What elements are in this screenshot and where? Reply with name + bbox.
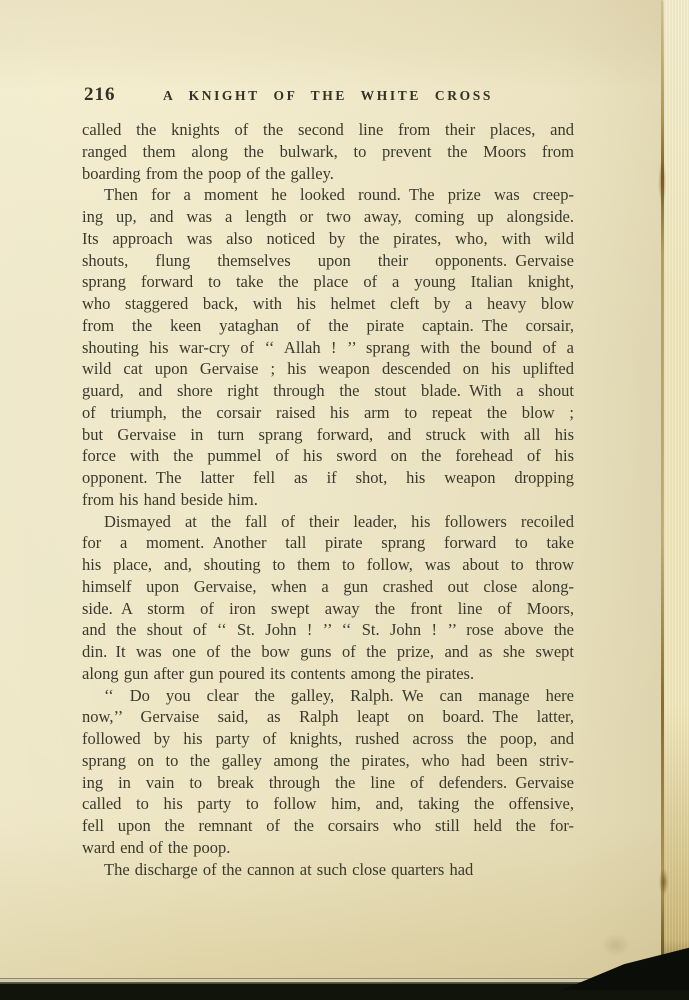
text-block: called the knights of the second line fr…	[82, 119, 574, 880]
text-line: side. A storm of iron swept away the fro…	[82, 598, 574, 620]
edge-stain-bottom	[656, 864, 670, 900]
text-line: shouting his war-cry of ‘‘ Allah ! ’’ sp…	[82, 337, 574, 359]
text-line: called to his party to follow him, and, …	[82, 793, 574, 815]
paragraph: The discharge of the cannon at such clos…	[82, 859, 574, 881]
paragraph: Then for a moment he looked round. The p…	[82, 184, 574, 510]
paragraph: called the knights of the second line fr…	[82, 119, 574, 184]
text-line: along gun after gun poured its contents …	[82, 663, 574, 685]
text-line: force with the pummel of his sword on th…	[82, 445, 574, 467]
text-line: shouts, flung themselves upon their oppo…	[82, 250, 574, 272]
page-header: 216 A KNIGHT OF THE WHITE CROSS	[82, 84, 574, 106]
text-line: din. It was one of the bow guns of the p…	[82, 641, 574, 663]
running-title: A KNIGHT OF THE WHITE CROSS	[82, 88, 574, 104]
text-line: guard, and shore right through the stout…	[82, 380, 574, 402]
paper-smudge	[596, 930, 636, 960]
text-line: ward end of the poop.	[82, 837, 574, 859]
edge-stain-top	[655, 158, 667, 218]
text-line: sprang forward to take the place of a yo…	[82, 271, 574, 293]
text-line: now,’’ Gervaise said, as Ralph leapt on …	[82, 706, 574, 728]
text-line: himself upon Gervaise, when a gun crashe…	[82, 576, 574, 598]
bottom-edge-highlight	[0, 978, 612, 984]
text-line: from the keen yataghan of the pirate cap…	[82, 315, 574, 337]
text-line: Then for a moment he looked round. The p…	[82, 184, 574, 206]
paragraph: ‘‘ Do you clear the galley, Ralph. We ca…	[82, 685, 574, 859]
text-line: The discharge of the cannon at such clos…	[82, 859, 574, 881]
text-line: Dismayed at the fall of their leader, hi…	[82, 511, 574, 533]
fore-edge-pages	[663, 0, 689, 978]
text-line: followed by his party of knights, rushed…	[82, 728, 574, 750]
text-line: sprang on to the galley among the pirate…	[82, 750, 574, 772]
text-line: ranged them along the bulwark, to preven…	[82, 141, 574, 163]
text-line: for a moment. Another tall pirate sprang…	[82, 532, 574, 554]
text-line: from his hand beside him.	[82, 489, 574, 511]
text-line: of triumph, the corsair raised his arm t…	[82, 402, 574, 424]
text-line: and the shout of ‘‘ St. John ! ’’ ‘‘ St.…	[82, 619, 574, 641]
text-line: ing in vain to break through the line of…	[82, 772, 574, 794]
text-line: boarding from the poop of the galley.	[82, 163, 574, 185]
paragraph: Dismayed at the fall of their leader, hi…	[82, 511, 574, 685]
fore-edge-line	[661, 0, 664, 980]
text-line: ing up, and was a length or two away, co…	[82, 206, 574, 228]
text-line: opponent. The latter fell as if shot, hi…	[82, 467, 574, 489]
text-line: Its approach was also noticed by the pir…	[82, 228, 574, 250]
text-line: ‘‘ Do you clear the galley, Ralph. We ca…	[82, 685, 574, 707]
text-line: wild cat upon Gervaise ; his weapon desc…	[82, 358, 574, 380]
text-line: fell upon the remnant of the corsairs wh…	[82, 815, 574, 837]
book-page-scan: 216 A KNIGHT OF THE WHITE CROSS called t…	[0, 0, 689, 1000]
text-line: his place, and, shouting to them to foll…	[82, 554, 574, 576]
text-line: who staggered back, with his helmet clef…	[82, 293, 574, 315]
text-line: called the knights of the second line fr…	[82, 119, 574, 141]
text-line: but Gervaise in turn sprang forward, and…	[82, 424, 574, 446]
